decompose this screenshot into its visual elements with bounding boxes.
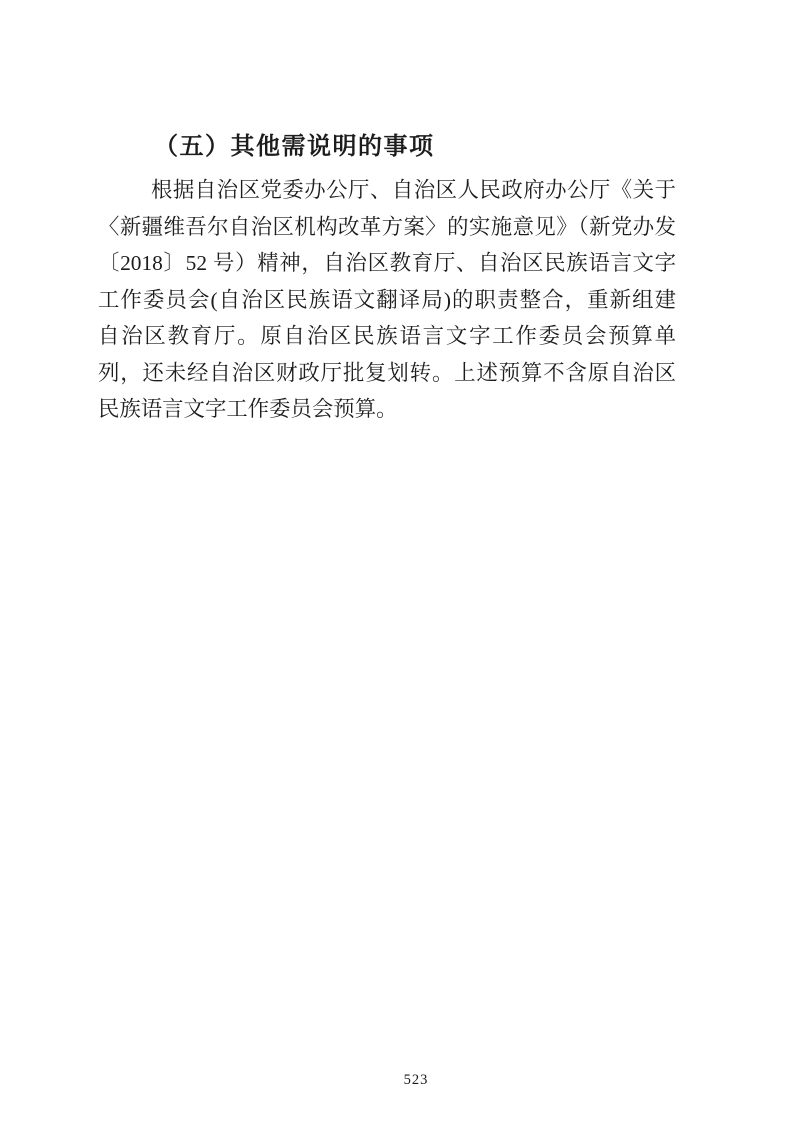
paragraph-line: 列，还未经自治区财政厅批复划转。上述预算不含原自治区 [98, 355, 676, 392]
paragraph-line: 民族语言文字工作委员会预算。 [98, 391, 676, 428]
paragraph-line: 工作委员会(自治区民族语文翻译局)的职责整合，重新组建 [98, 282, 676, 319]
paragraph-line: 自治区教育厅。原自治区民族语言文字工作委员会预算单 [98, 318, 676, 355]
paragraph-line: 〔2018〕52 号）精神，自治区教育厅、自治区民族语言文字 [98, 245, 676, 282]
body-paragraph: 根据自治区党委办公厅、自治区人民政府办公厅《关于 〈新疆维吾尔自治区机构改革方案… [98, 172, 676, 428]
paragraph-line: 根据自治区党委办公厅、自治区人民政府办公厅《关于 [98, 172, 676, 209]
section-heading: （五）其他需说明的事项 [98, 131, 675, 163]
paragraph-line: 〈新疆维吾尔自治区机构改革方案〉的实施意见》（新党办发 [98, 209, 676, 246]
document-page: （五）其他需说明的事项 根据自治区党委办公厅、自治区人民政府办公厅《关于 〈新疆… [0, 0, 793, 1122]
page-number: 523 [404, 1072, 429, 1089]
